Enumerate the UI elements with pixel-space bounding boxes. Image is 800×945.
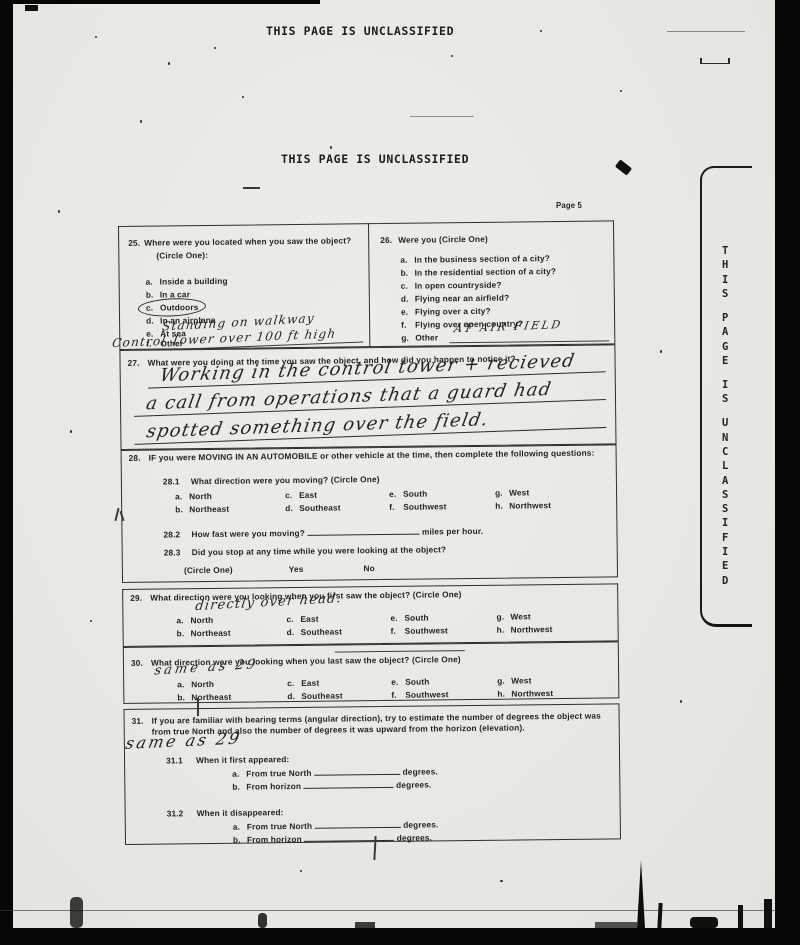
q30-number: 30. [131,658,143,669]
q28-3-number: 28.3 [164,547,181,558]
q25-option-a: a.Inside a building [146,276,228,288]
dust-speck [680,700,682,703]
q31-1-a: a.From true North degrees. [232,766,438,779]
q26-option-b: b.In the residential section of a city? [400,266,556,279]
q26-question: Were you (Circle One) [398,234,488,246]
scan-edge-left [0,0,13,945]
q26-option-d: d.Flying near an airfield? [401,293,510,305]
q26-option-g: g.Other [401,332,438,343]
q31-2-a: a.From true North degrees. [233,819,439,832]
q29-direction-a: a.North [176,615,213,626]
stray-dash [243,187,260,189]
unclassified-stamp-top: THIS PAGE IS UNCLASSIFIED [266,24,454,38]
dust-speck [140,120,142,123]
bottom-smudge-6 [738,905,743,928]
q28-3-choices: (Circle One)YesNo [184,563,375,576]
q31-1-number: 31.1 [166,755,183,766]
pen-stroke-q31-top [197,698,199,716]
q28-direction-f: f.Southwest [389,501,446,513]
q28-direction-a: a.North [175,491,212,502]
q28-direction-h: h.Northwest [495,500,551,512]
q29-direction-h: h.Northwest [497,624,553,636]
q31-2-number: 31.2 [167,808,184,819]
q30-direction-c: c.East [287,678,319,689]
q25-number: 25. [128,238,140,249]
dust-speck [451,55,453,57]
q29-direction-g: g.West [496,611,530,622]
q26-number: 26. [380,235,392,246]
scan-edge-bottom [0,928,800,945]
unclassified-stamp-middle: THIS PAGE IS UNCLASSIFIED [281,152,469,166]
q25-question: Where were you located when you saw the … [144,235,351,248]
dust-speck [58,210,60,213]
q31-1-a-blank [314,767,400,776]
q28-direction-g: g.West [495,487,529,498]
dust-speck [620,90,622,92]
q28-number: 28. [129,453,141,464]
q29-direction-c: c.East [286,614,318,625]
bottom-spike [637,860,645,928]
dust-speck [168,62,170,65]
q29-direction-d: d.Southeast [287,626,343,638]
stray-mark-arrow [700,58,730,64]
q30-direction-e: e.South [391,676,429,687]
unclassified-stamp-side: THISPAGEISUNCLASSIFIED [722,246,728,590]
q31-1-label: When it first appeared: [196,754,289,766]
q31-number: 31. [132,716,144,727]
q28-2-number: 28.2 [163,529,180,540]
q30-direction-b: b.Northeast [177,692,231,704]
q30-direction-f: f.Southwest [391,689,448,701]
q26-option-e: e.Flying over a city? [401,306,491,318]
q31-1-b: b.From horizon degrees. [232,779,431,792]
bottom-smudge-1 [70,897,83,928]
bottom-smudge-2 [258,913,267,928]
q28-direction-c: c.East [285,490,317,501]
dust-speck [300,870,302,872]
q25-circle-one: (Circle One): [156,250,208,262]
scan-edge-right [775,0,800,945]
page-number: Page 5 [556,200,582,211]
bottom-smudge-8 [595,922,637,928]
dust-speck [540,30,542,32]
top-left-mark [25,5,38,11]
dust-speck [242,96,244,98]
dust-speck [660,350,662,353]
q28-1-number: 28.1 [163,476,180,487]
q30-direction-h: h.Northwest [497,688,553,700]
q28-1-question: What direction were you moving? (Circle … [191,474,380,487]
q27-number: 27. [127,358,139,369]
q30-direction-d: d.Southeast [287,690,343,702]
q28-direction-e: e.South [389,489,427,500]
scan-edge-top [0,0,320,4]
bottom-smudge-7 [764,899,772,928]
dust-speck [330,146,332,149]
scanned-questionnaire-page: { "page": { "number_label": "Page 5" }, … [0,0,800,945]
q26-option-a: a.In the business section of a city? [400,253,550,266]
bottom-smudge-5 [690,917,718,928]
q29-number: 29. [130,593,142,604]
bottom-smudge-3 [355,922,375,928]
q30-direction-g: g.West [497,675,531,686]
q28-direction-d: d.Southeast [285,502,341,514]
dust-speck [214,47,216,49]
dust-speck [90,620,92,622]
q28-2-blank [307,527,419,536]
q29-direction-b: b.Northeast [177,628,231,640]
q29-direction-f: f.Southwest [391,625,448,637]
q26-option-c: c.In open countryside? [401,280,502,292]
q30-direction-a: a.North [177,679,214,690]
dust-speck [70,430,72,433]
dust-speck [95,36,97,38]
q31-2-label: When it disappeared: [197,807,284,819]
q31-1-b-blank [304,780,394,789]
q31-2-b-blank [304,833,394,842]
stray-line-mid [410,116,474,117]
q31-2-b: b.From horizon degrees. [233,832,432,845]
dust-speck [500,880,503,882]
stray-line-top-right [667,31,745,32]
q29-direction-e: e.South [390,613,428,624]
q31-2-a-blank [315,820,401,829]
questionnaire-form: 25. Where were you located when you saw … [118,220,621,846]
q28-direction-b: b.Northeast [175,504,229,516]
